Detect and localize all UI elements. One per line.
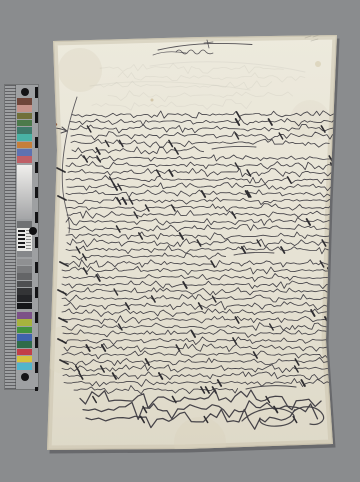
registration-dot [29, 227, 37, 235]
photograph-background [0, 0, 360, 482]
manuscript-page [0, 0, 360, 482]
